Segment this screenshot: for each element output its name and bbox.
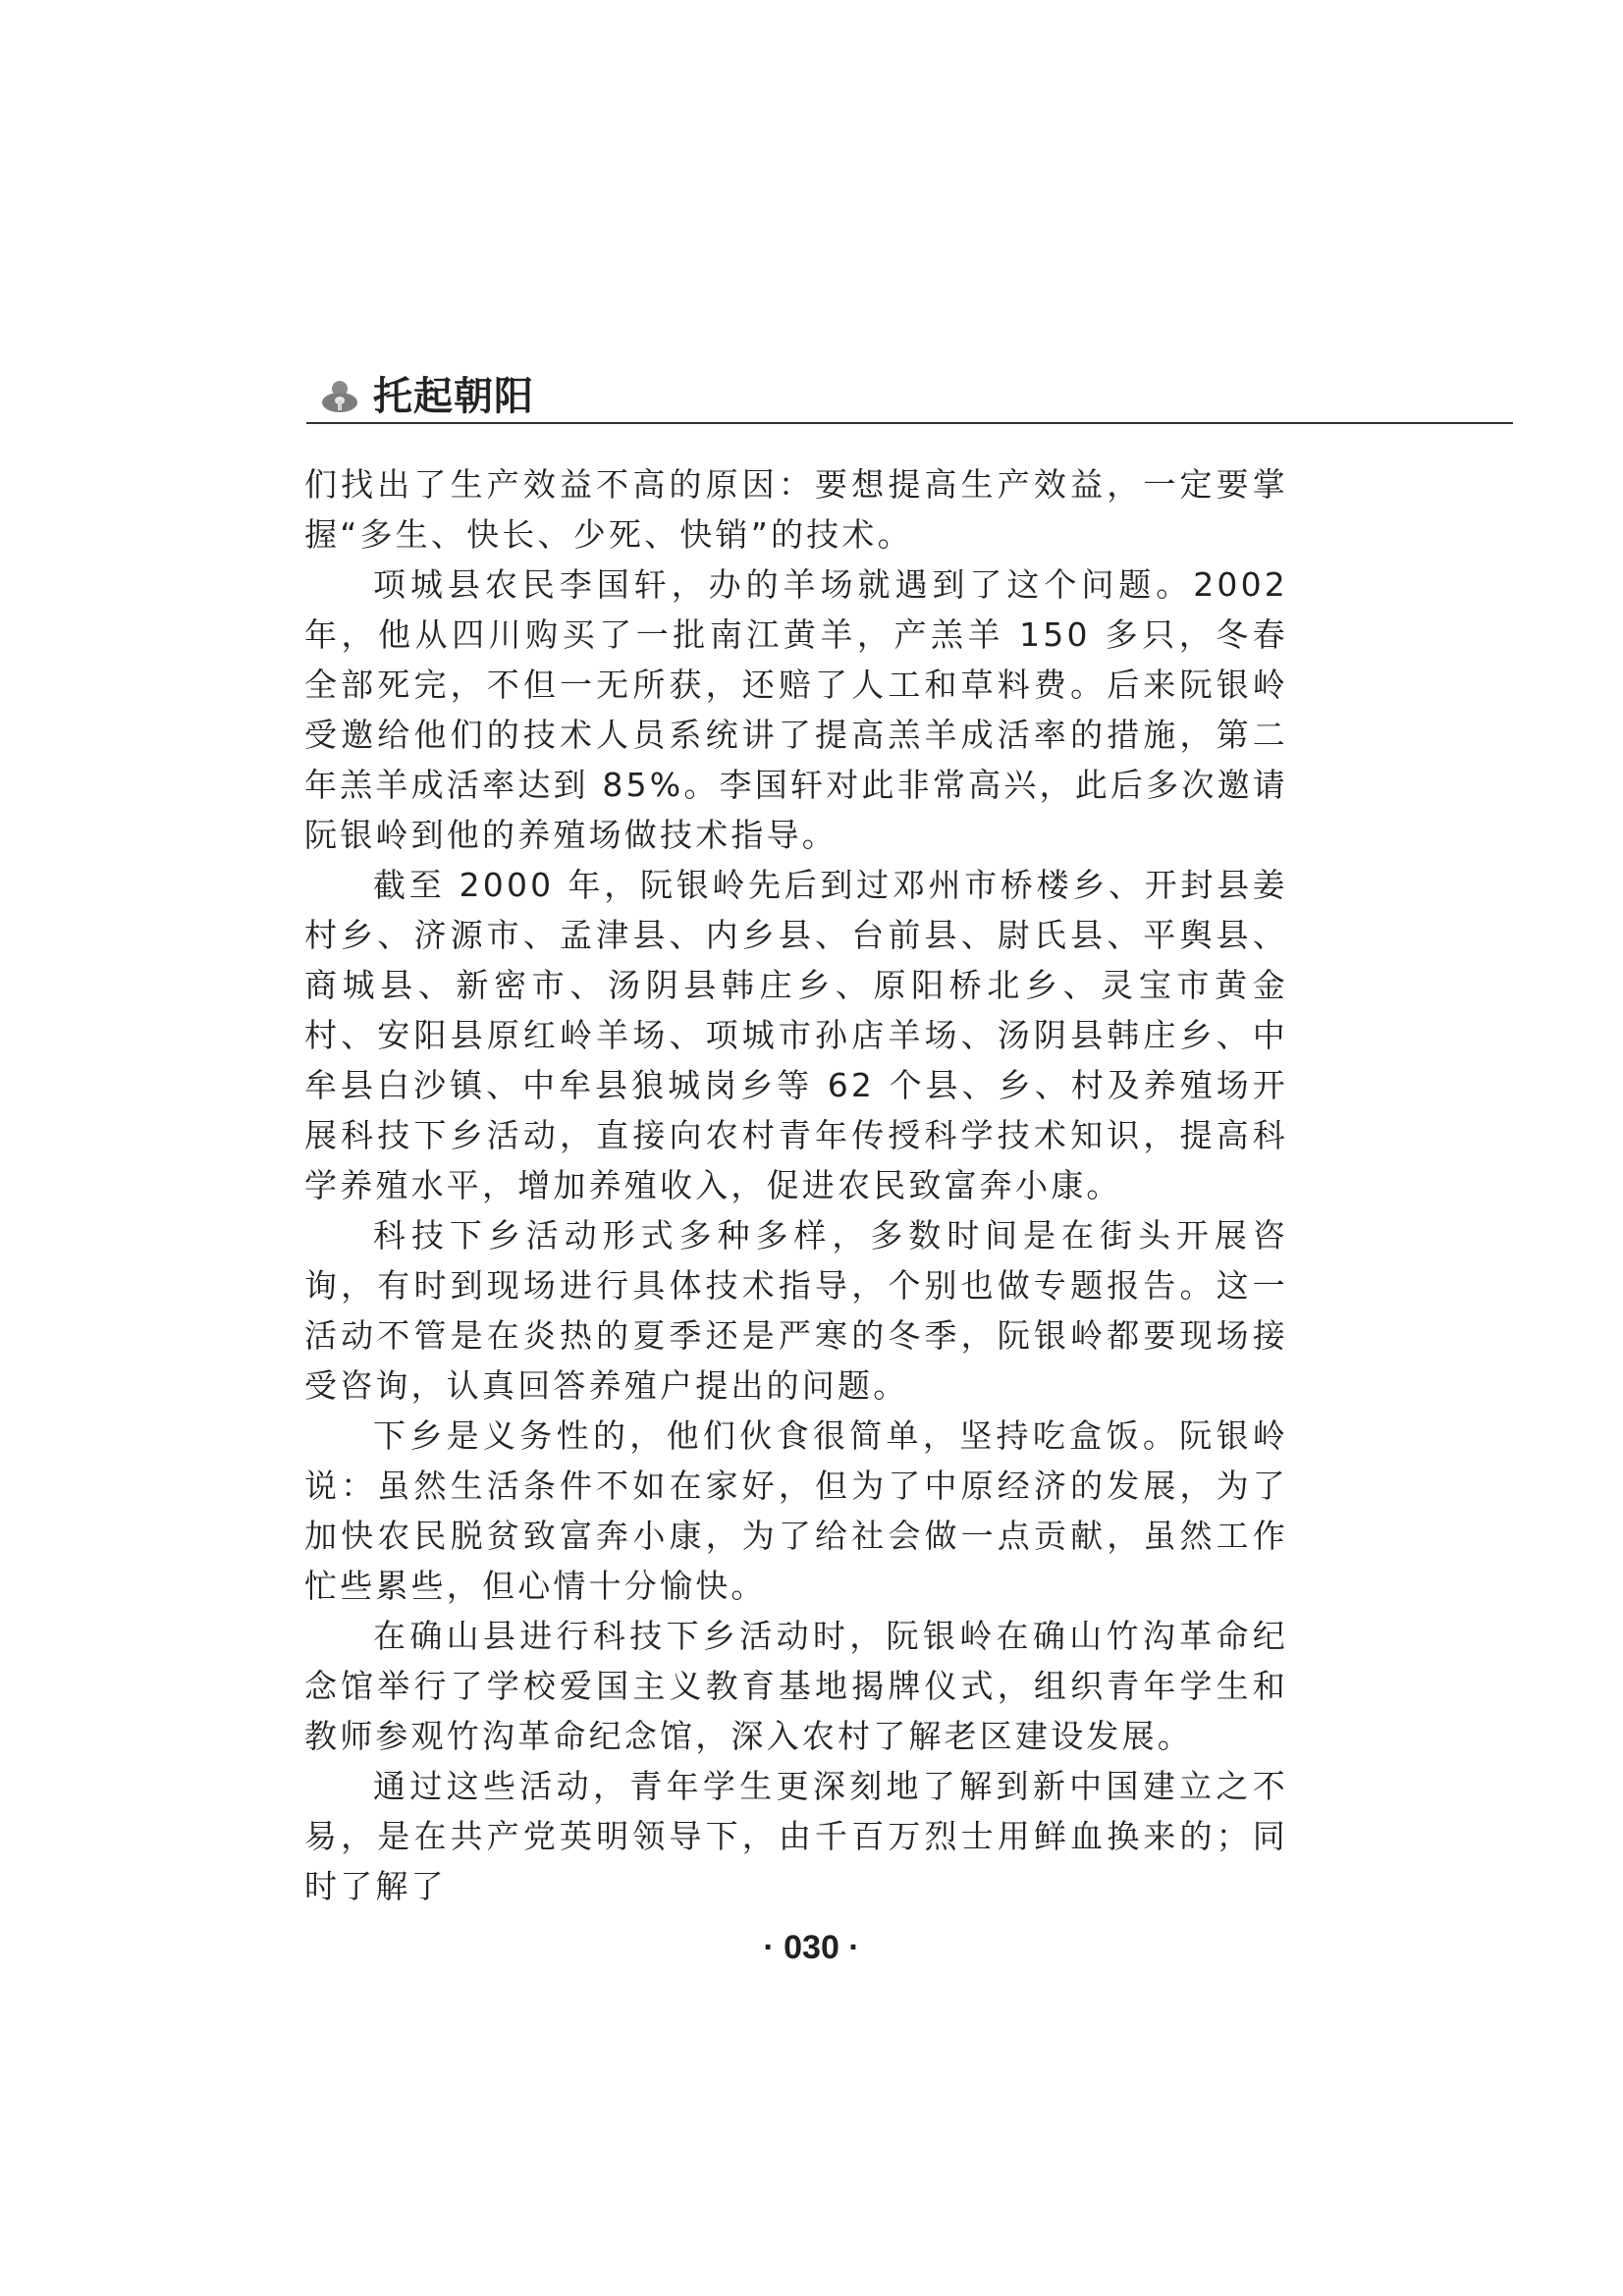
paragraph: 截至 2000 年，阮银岭先后到过邓州市桥楼乡、开封县姜村乡、济源市、孟津县、内… — [304, 860, 1288, 1210]
page-number: · 030 · — [0, 1929, 1623, 1967]
paragraph: 通过这些活动，青年学生更深刻地了解到新中国建立之不易，是在共产党英明领导下，由千… — [304, 1761, 1288, 1911]
paragraph: 们找出了生产效益不高的原因：要想提高生产效益，一定要掌握“多生、快长、少死、快销… — [304, 459, 1288, 560]
book-title: 托起朝阳 — [373, 373, 534, 420]
header-divider — [306, 422, 1513, 424]
paragraph: 项城县农民李国轩，办的羊场就遇到了这个问题。2002 年，他从四川购买了一批南江… — [304, 560, 1288, 860]
paragraph: 下乡是义务性的，他们伙食很简单，坚持吃盒饭。阮银岭说：虽然生活条件不如在家好，但… — [304, 1411, 1288, 1611]
emblem-icon — [320, 379, 359, 414]
body-text: 们找出了生产效益不高的原因：要想提高生产效益，一定要掌握“多生、快长、少死、快销… — [304, 459, 1288, 1911]
paragraph: 在确山县进行科技下乡活动时，阮银岭在确山竹沟革命纪念馆举行了学校爱国主义教育基地… — [304, 1611, 1288, 1761]
paragraph: 科技下乡活动形式多种多样，多数时间是在街头开展咨询，有时到现场进行具体技术指导，… — [304, 1210, 1288, 1411]
running-header: 托起朝阳 — [306, 371, 1514, 422]
